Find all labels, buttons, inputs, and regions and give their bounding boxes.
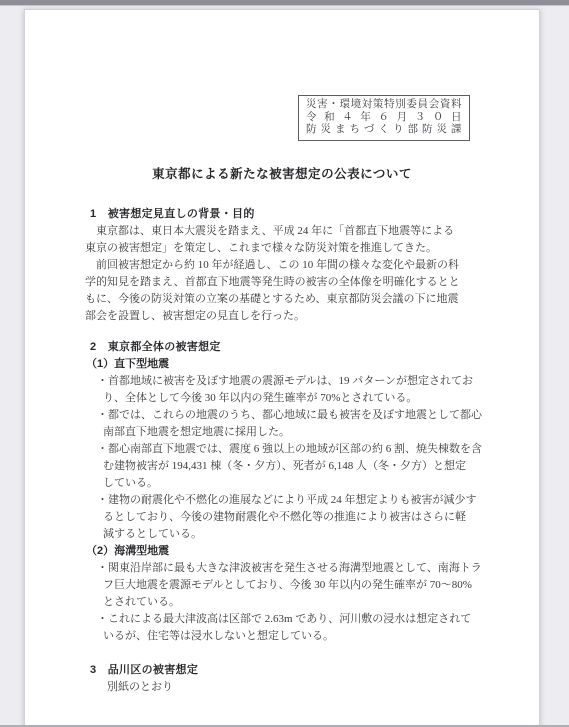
section-1-heading: 1 被害想定見直しの背景・目的	[85, 206, 495, 223]
section-tokyo-damage-estimate: 2 東京都全体の被害想定 （1）直下型地震 ・首都地域に被害を及ぼす地震の震源モ…	[85, 339, 495, 645]
body-line: 部会を設置し、被害想定の見直しを行った。	[85, 308, 495, 325]
body-line: いるが、住宅等は浸水しないと想定している。	[85, 628, 495, 645]
body-line: ・関東沿岸部に最も大きな津波被害を発生させる海溝型地震として、南海トラ	[85, 560, 495, 577]
body-line: ・首都地域に被害を及ぼす地震の震源モデルは、19 パターンが想定されてお	[85, 373, 495, 390]
subsection-trench-earthquake-heading: （2）海溝型地震	[85, 543, 495, 560]
document-page: 災害・環境対策特別委員会資料 令和４年６月３０日 防災まちづくり部防災課 東京都…	[24, 9, 540, 727]
section-3-heading: 3 品川区の被害想定	[85, 662, 495, 679]
body-line: 減するとしている。	[85, 526, 495, 543]
body-line: もに、今後の防災対策の立案の基礎とするため、東京都防災会議の下に地震	[85, 291, 495, 308]
section-3-body: 別紙のとおり	[85, 679, 495, 696]
subsection-inland-earthquake-heading: （1）直下型地震	[85, 356, 495, 373]
body-line: ・都心南部直下地震では、震度 6 強以上の地域が区部の約 6 割、焼失棟数を含	[85, 441, 495, 458]
body-line: ・都では、これらの地震のうち、都心地域に最も被害を及ぼす地震として都心	[85, 407, 495, 424]
document-date: 令和４年６月３０日	[306, 112, 462, 125]
body-line: とされている。	[85, 594, 495, 611]
body-line: 東京都は、東日本大震災を踏まえ、平成 24 年に「首都直下地震等による	[85, 223, 495, 240]
document-viewer-background: { "document": { "header_box": { "line1":…	[0, 0, 569, 727]
section-2-heading: 2 東京都全体の被害想定	[85, 339, 495, 356]
body-line: 前回被害想定から約 10 年が経過し、この 10 年間の様々な変化や最新の科	[85, 257, 495, 274]
body-line: 南部直下地震を想定地震に採用した。	[85, 424, 495, 441]
body-line: 学的知見を踏まえ、首都直下地震等発生時の被害の全体像を明確化するとと	[85, 274, 495, 291]
body-line: 東京の被害想定」を策定し、これまで様々な防災対策を推進してきた。	[85, 240, 495, 257]
body-line: している。	[85, 475, 495, 492]
body-line: ・これによる最大津波高は区部で 2.63m であり、河川敷の浸水は想定されて	[85, 611, 495, 628]
body-line: ・建物の耐震化や不燃化の進展などにより平成 24 年想定よりも被害が減少す	[85, 492, 495, 509]
body-line: り、全体として今後 30 年以内の発生確率が 70%とされている。	[85, 390, 495, 407]
committee-info-box: 災害・環境対策特別委員会資料 令和４年６月３０日 防災まちづくり部防災課	[298, 95, 470, 141]
body-line: フ巨大地震を震源モデルとしており、今後 30 年以内の発生確率が 70～80%	[85, 577, 495, 594]
section-shinagawa-damage-estimate: 3 品川区の被害想定 別紙のとおり	[85, 662, 495, 696]
issuing-department: 防災まちづくり部防災課	[306, 124, 462, 137]
section-background-purpose: 1 被害想定見直しの背景・目的 東京都は、東日本大震災を踏まえ、平成 24 年に…	[85, 206, 495, 325]
window-top-edge	[0, 0, 569, 6]
body-line: む建物被害が 194,431 棟（冬・夕方）、死者が 6,148 人（冬・夕方）…	[85, 458, 495, 475]
body-line: るとしており、今後の建物耐震化や不燃化等の推進により被害はさらに軽	[85, 509, 495, 526]
document-title: 東京都による新たな被害想定の公表について	[25, 166, 539, 182]
committee-name: 災害・環境対策特別委員会資料	[306, 99, 462, 112]
